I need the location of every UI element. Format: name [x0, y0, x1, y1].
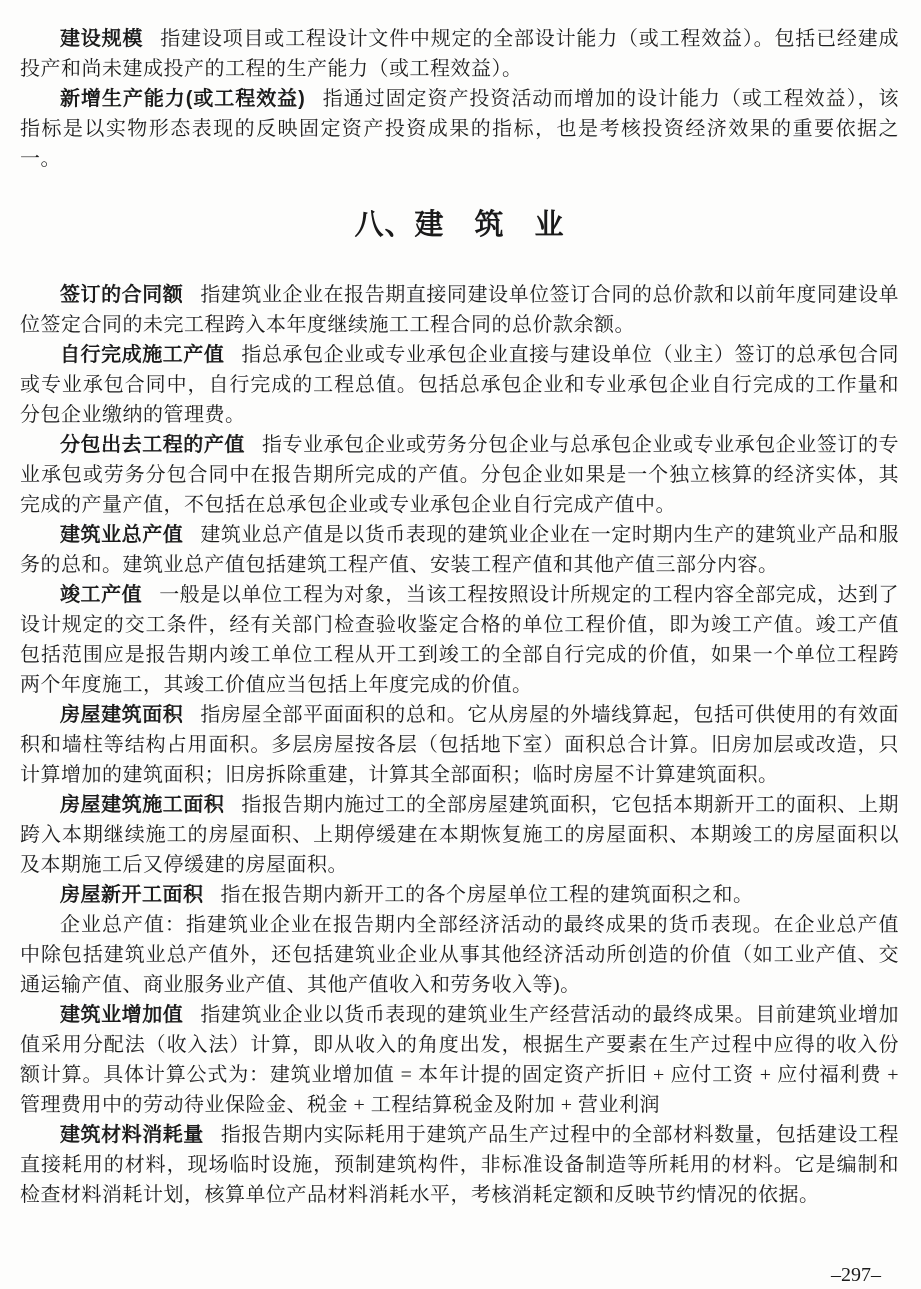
term-label: 建筑材料消耗量: [60, 1124, 204, 1146]
term-label: 建筑业总产值: [60, 524, 183, 546]
section-heading: 八、建 筑 业: [20, 208, 899, 242]
document-page: 建设规模指建设项目或工程设计文件中规定的全部设计能力（或工程效益）。包括已经建成…: [0, 0, 921, 1289]
definition-paragraph: 房屋新开工面积指在报告期内新开工的各个房屋单位工程的建筑面积之和。: [20, 880, 899, 910]
term-label: 房屋建筑施工面积: [60, 794, 224, 816]
term-definition: 指建设项目或工程设计文件中规定的全部设计能力（或工程效益）。包括已经建成投产和尚…: [20, 28, 899, 80]
definition-paragraph: 新增生产能力(或工程效益)指通过固定资产投资活动而增加的设计能力（或工程效益），…: [20, 84, 899, 174]
definition-paragraph: 建设规模指建设项目或工程设计文件中规定的全部设计能力（或工程效益）。包括已经建成…: [20, 24, 899, 84]
definition-paragraph: 竣工产值一般是以单位工程为对象，当该工程按照设计所规定的工程内容全部完成，达到了…: [20, 580, 899, 700]
term-label: 建设规模: [60, 28, 143, 50]
definition-paragraph: 建筑材料消耗量指报告期内实际耗用于建筑产品生产过程中的全部材料数量，包括建设工程…: [20, 1120, 899, 1210]
page-content: 建设规模指建设项目或工程设计文件中规定的全部设计能力（或工程效益）。包括已经建成…: [0, 0, 921, 1210]
term-label: 自行完成施工产值: [60, 344, 224, 366]
definition-paragraph: 房屋建筑面积指房屋全部平面面积的总和。它从房屋的外墙线算起，包括可供使用的有效面…: [20, 700, 899, 790]
term-label: 签订的合同额: [60, 284, 183, 306]
definition-paragraph: 自行完成施工产值指总承包企业或专业承包企业直接与建设单位（业主）签订的总承包合同…: [20, 340, 899, 430]
definition-paragraph: 分包出去工程的产值指专业承包企业或劳务分包企业与总承包企业或专业承包企业签订的专…: [20, 430, 899, 520]
page-number: –297–: [831, 1264, 881, 1287]
term-label: 房屋新开工面积: [60, 884, 204, 906]
definition-paragraph: 建筑业总产值建筑业总产值是以货币表现的建筑业企业在一定时期内生产的建筑业产品和服…: [20, 520, 899, 580]
definition-paragraph: 企业总产值：指建筑业企业在报告期内全部经济活动的最终成果的货币表现。在企业总产值…: [20, 910, 899, 1000]
term-label: 建筑业增加值: [60, 1004, 183, 1026]
term-definition: 指在报告期内新开工的各个房屋单位工程的建筑面积之和。: [221, 884, 754, 906]
definition-paragraph: 房屋建筑施工面积指报告期内施过工的全部房屋建筑面积，它包括本期新开工的面积、上期…: [20, 790, 899, 880]
term-label: 新增生产能力(或工程效益): [60, 88, 305, 110]
term-definition: 一般是以单位工程为对象，当该工程按照设计所规定的工程内容全部完成，达到了设计规定…: [20, 584, 899, 696]
term-definition: 企业总产值：指建筑业企业在报告期内全部经济活动的最终成果的货币表现。在企业总产值…: [20, 914, 899, 996]
term-label: 房屋建筑面积: [60, 704, 183, 726]
definition-paragraph: 签订的合同额指建筑业企业在报告期直接同建设单位签订合同的总价款和以前年度同建设单…: [20, 280, 899, 340]
term-label: 竣工产值: [60, 584, 142, 606]
term-label: 分包出去工程的产值: [60, 434, 245, 456]
definition-paragraph: 建筑业增加值指建筑业企业以货币表现的建筑业生产经营活动的最终成果。目前建筑业增加…: [20, 1000, 899, 1120]
